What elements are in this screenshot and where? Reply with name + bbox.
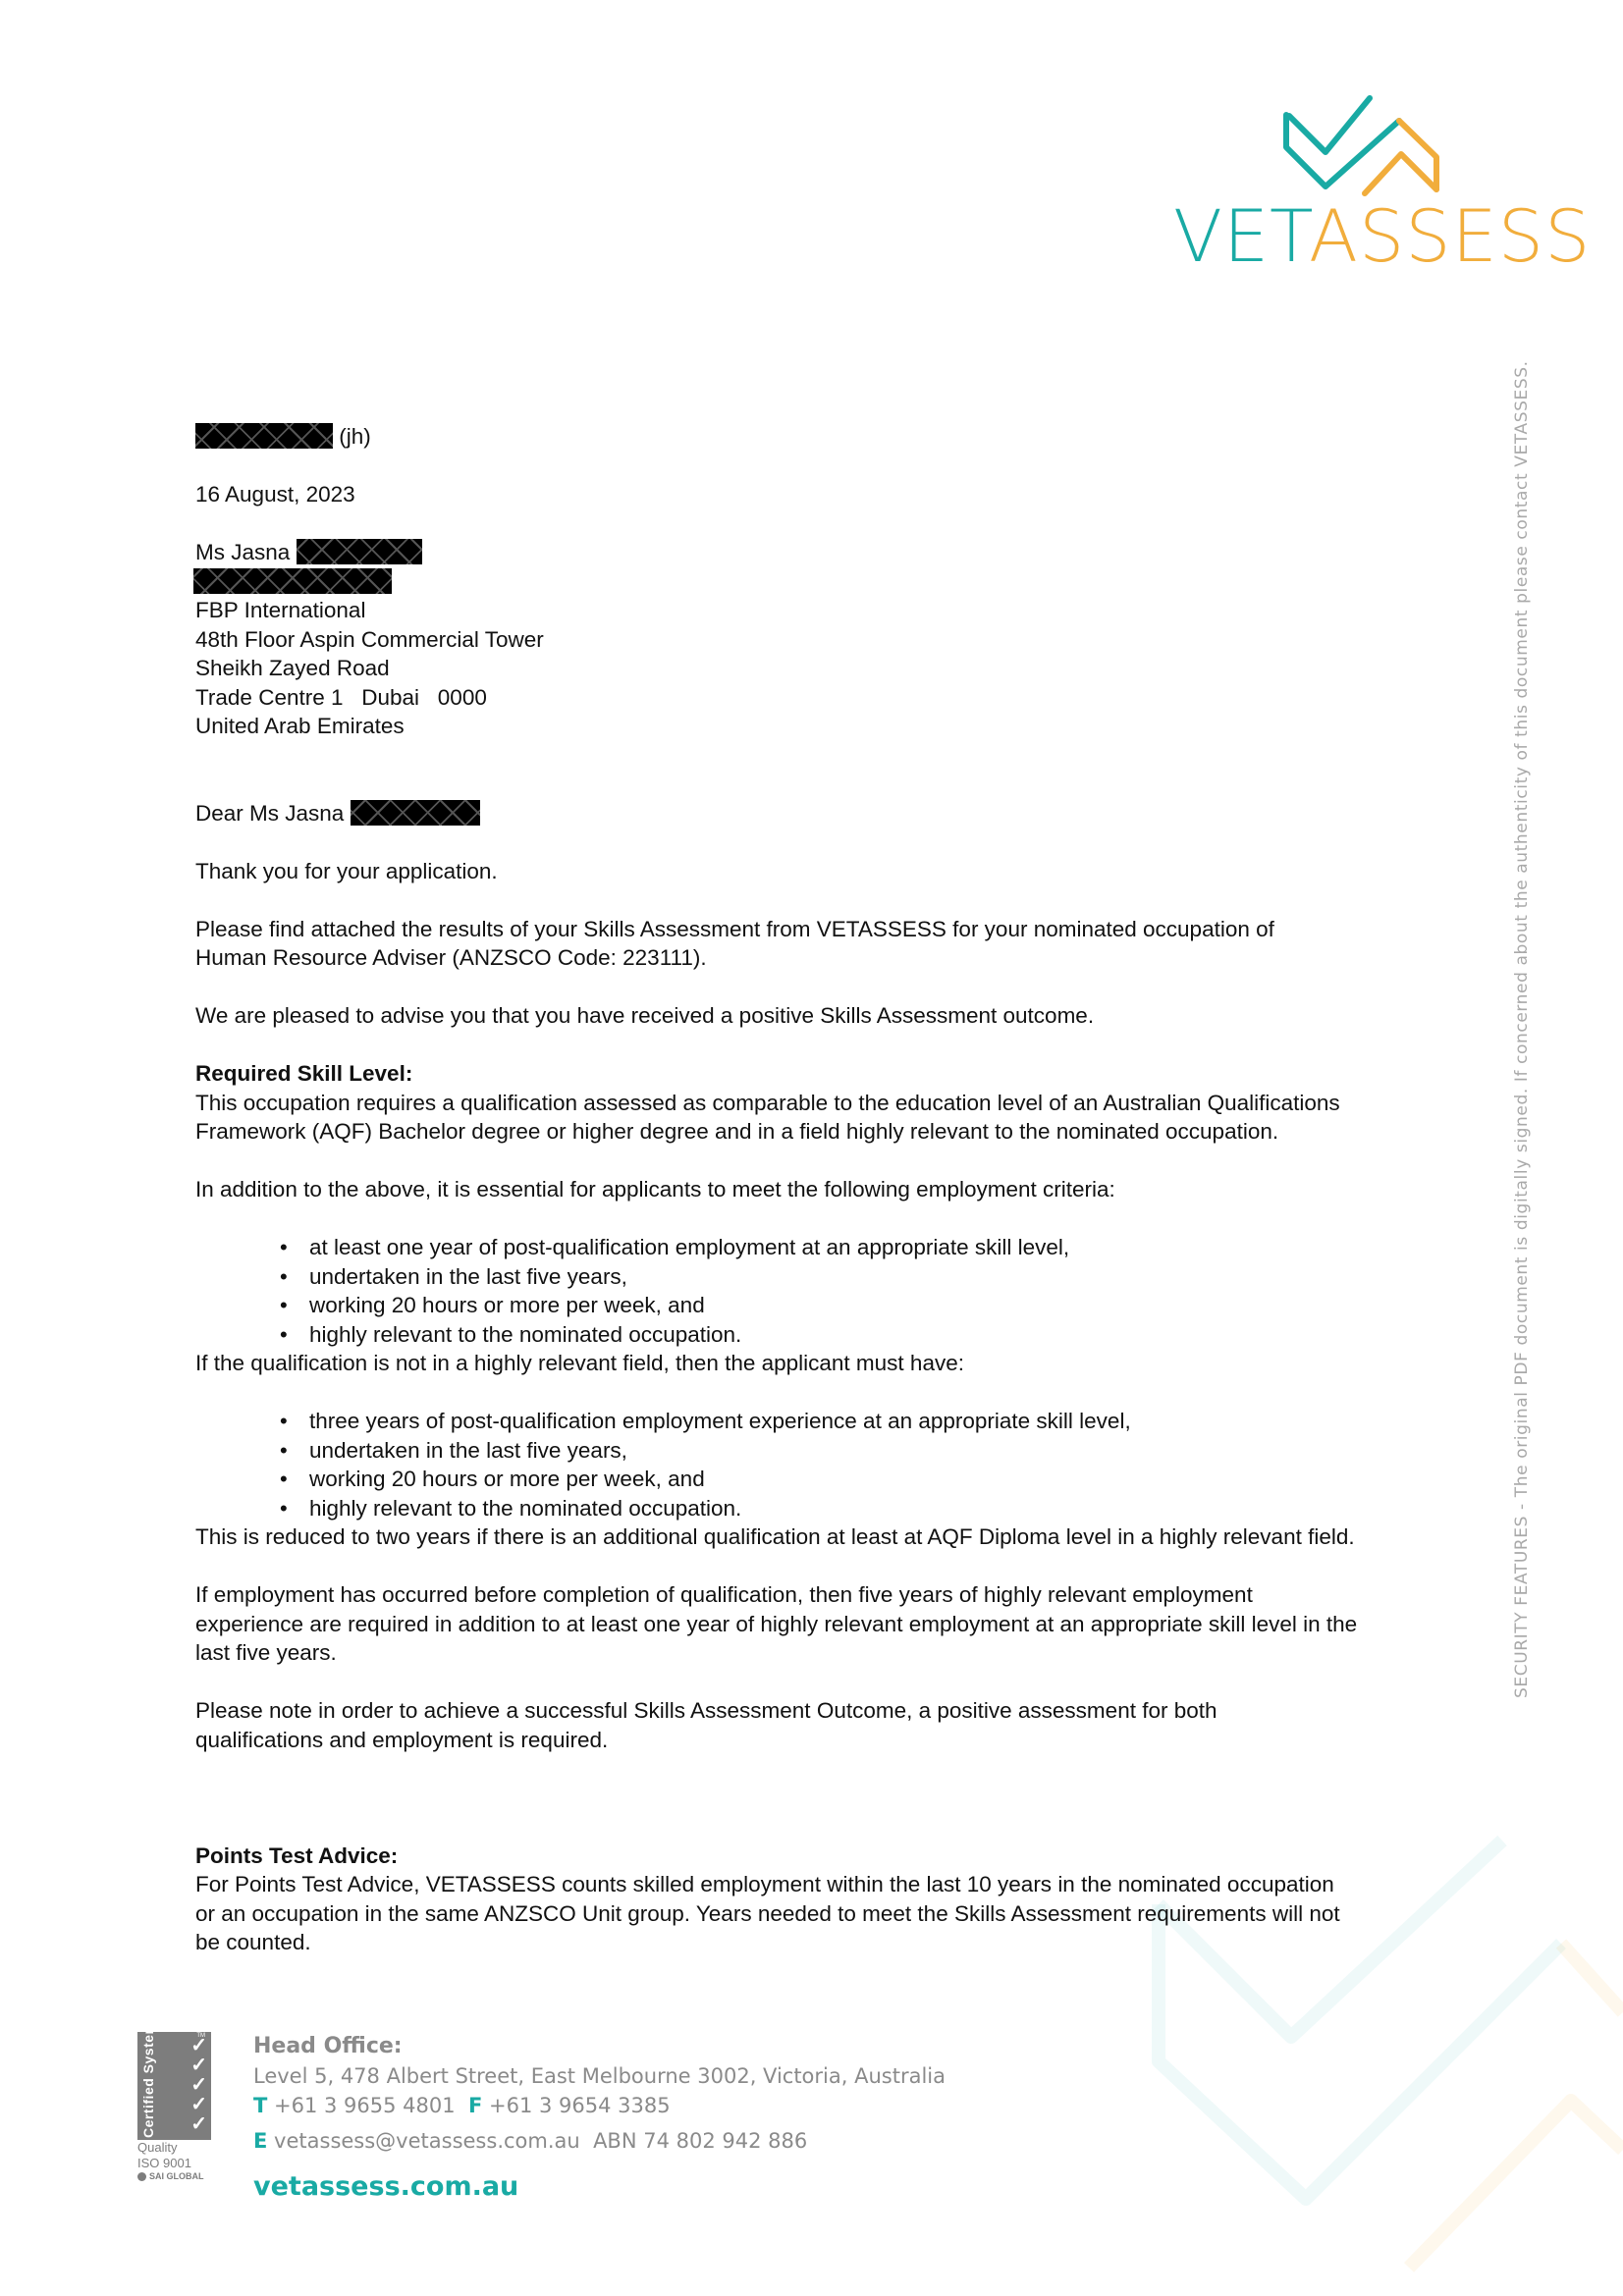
recipient-name: Ms Jasna xyxy=(195,540,290,564)
recipient-name-line: Ms Jasna xyxy=(195,538,1462,567)
criteria-not-relevant-list: three years of post-qualification employ… xyxy=(195,1407,1462,1522)
results-paragraph-line: Human Resource Adviser (ANZSCO Code: 223… xyxy=(195,943,1462,973)
certified-system-box: Certified System TM ✓✓✓✓✓ xyxy=(137,2032,211,2140)
recipient-company: FBP International xyxy=(195,596,1462,625)
reference-suffix: (jh) xyxy=(339,424,371,449)
footer: Certified System TM ✓✓✓✓✓ Quality ISO 90… xyxy=(137,2032,1021,2209)
required-skill-heading: Required Skill Level: xyxy=(195,1059,1462,1089)
reduced-note: This is reduced to two years if there is… xyxy=(195,1522,1462,1552)
prior-employment-line: experience are required in addition to a… xyxy=(195,1610,1462,1639)
logo-wordmark-vet: VET xyxy=(1173,195,1309,279)
letter-date: 16 August, 2023 xyxy=(195,480,1462,509)
vetassess-logo: VETASSESS xyxy=(1173,93,1546,280)
head-office-label: Head Office: xyxy=(253,2032,946,2061)
salutation: Dear Ms Jasna xyxy=(195,801,344,826)
website-link[interactable]: vetassess.com.au xyxy=(253,2171,946,2202)
required-skill-line: Framework (AQF) Bachelor degree or highe… xyxy=(195,1117,1462,1147)
phone-number: +61 3 9655 4801 xyxy=(274,2094,456,2117)
opening-line: Thank you for your application. xyxy=(195,857,1462,886)
globe-icon xyxy=(137,2172,146,2181)
redacted-title xyxy=(193,568,392,594)
iso-quality: Quality xyxy=(137,2140,211,2156)
logo-wordmark: VETASSESS xyxy=(1173,201,1591,273)
redacted-surname xyxy=(351,800,480,826)
positive-outcome-line: We are pleased to advise you that you ha… xyxy=(195,1001,1462,1031)
reference-line: (jh) xyxy=(195,422,1462,452)
phone-fax-row: T +61 3 9655 4801 F +61 3 9654 3385 xyxy=(253,2091,946,2120)
redacted-reference xyxy=(195,423,333,449)
security-notice: SECURITY FEATURES - The original PDF doc… xyxy=(1512,383,1540,1698)
required-skill-line: This occupation requires a qualification… xyxy=(195,1089,1462,1118)
results-paragraph-line: Please find attached the results of your… xyxy=(195,915,1462,944)
criteria-item: at least one year of post-qualification … xyxy=(309,1233,1462,1262)
criteria-item: three years of post-qualification employ… xyxy=(309,1407,1462,1436)
prior-employment-line: If employment has occurred before comple… xyxy=(195,1580,1462,1610)
points-test-line: For Points Test Advice, VETASSESS counts… xyxy=(195,1870,1462,1899)
address-line: Sheikh Zayed Road xyxy=(195,654,1462,683)
logo-chevron-icon xyxy=(1173,93,1546,201)
employment-intro: In addition to the above, it is essentia… xyxy=(195,1175,1462,1204)
criteria-relevant-list: at least one year of post-qualification … xyxy=(195,1233,1462,1349)
salutation-line: Dear Ms Jasna xyxy=(195,799,1462,828)
points-test-heading: Points Test Advice: xyxy=(195,1842,1462,1871)
fax-number: +61 3 9654 3385 xyxy=(489,2094,671,2117)
contact-block: Head Office: Level 5, 478 Albert Street,… xyxy=(253,2032,946,2202)
letter-body: (jh) 16 August, 2023 Ms Jasna FBP Intern… xyxy=(195,422,1462,1957)
certified-system-text: Certified System xyxy=(140,2022,156,2138)
not-relevant-intro: If the qualification is not in a highly … xyxy=(195,1349,1462,1378)
office-address: Level 5, 478 Albert Street, East Melbour… xyxy=(253,2061,946,2091)
criteria-item: highly relevant to the nominated occupat… xyxy=(309,1320,1462,1350)
criteria-item: working 20 hours or more per week, and xyxy=(309,1465,1462,1494)
sai-global-label: SAI GLOBAL xyxy=(137,2171,211,2181)
abn: ABN 74 802 942 886 xyxy=(593,2129,807,2153)
address-line: 48th Floor Aspin Commercial Tower xyxy=(195,625,1462,655)
criteria-item: working 20 hours or more per week, and xyxy=(309,1291,1462,1320)
recipient-redacted-line xyxy=(195,567,1462,597)
iso-standard: ISO 9001 xyxy=(137,2156,211,2171)
logo-wordmark-assess: ASSESS xyxy=(1309,195,1591,279)
address-line: Trade Centre 1 Dubai 0000 xyxy=(195,683,1462,713)
prior-employment-line: last five years. xyxy=(195,1638,1462,1668)
checkmarks-icon: ✓✓✓✓✓ xyxy=(190,2036,207,2134)
iso-certification-badge: Certified System TM ✓✓✓✓✓ Quality ISO 90… xyxy=(137,2032,211,2181)
note-line: Please note in order to achieve a succes… xyxy=(195,1696,1462,1726)
criteria-item: undertaken in the last five years, xyxy=(309,1262,1462,1292)
email-link[interactable]: vetassess@vetassess.com.au xyxy=(274,2129,580,2153)
address-line: United Arab Emirates xyxy=(195,712,1462,741)
points-test-line: or an occupation in the same ANZSCO Unit… xyxy=(195,1899,1462,1929)
email-abn-row: E vetassess@vetassess.com.au ABN 74 802 … xyxy=(253,2126,946,2156)
redacted-surname xyxy=(297,539,422,564)
criteria-item: highly relevant to the nominated occupat… xyxy=(309,1494,1462,1523)
criteria-item: undertaken in the last five years, xyxy=(309,1436,1462,1466)
note-line: qualifications and employment is require… xyxy=(195,1726,1462,1755)
points-test-line: be counted. xyxy=(195,1928,1462,1957)
